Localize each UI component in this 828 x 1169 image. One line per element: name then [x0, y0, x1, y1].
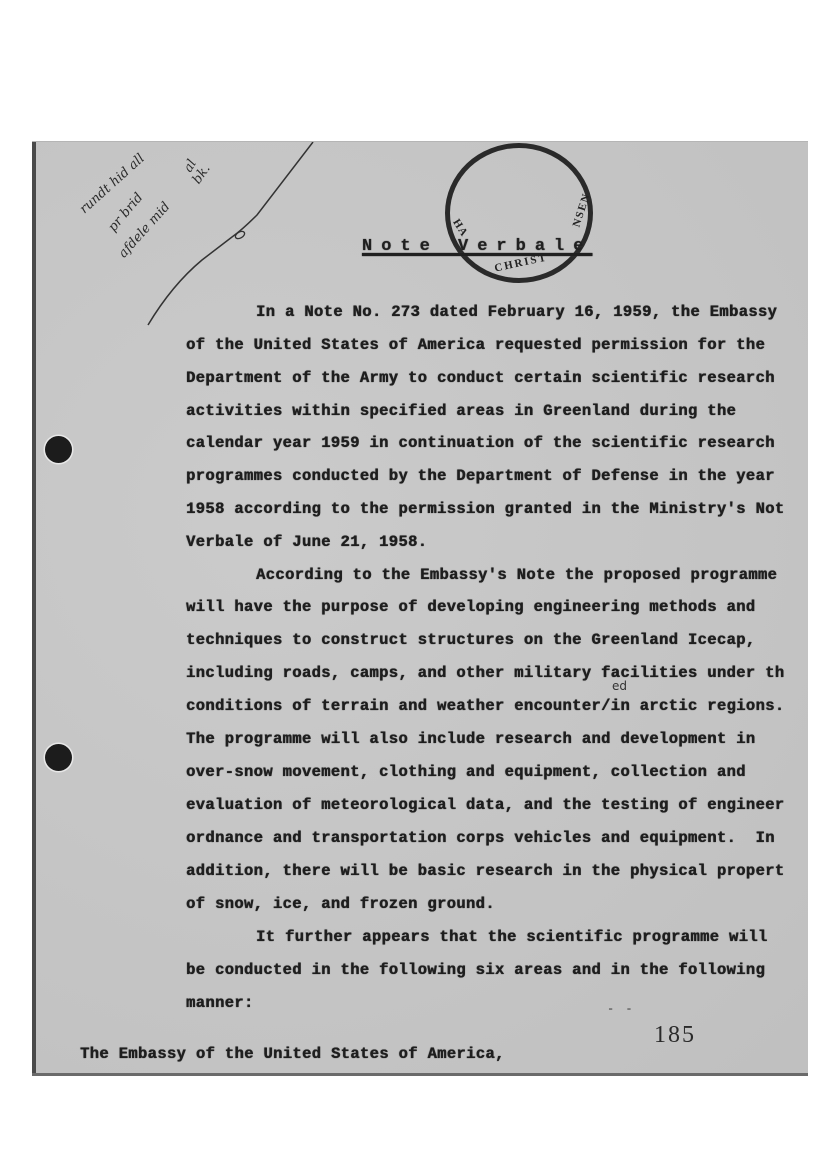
text-line: calendar year 1959 in continuation of th…: [186, 434, 775, 452]
text-line: Verbale of June 21, 1958.: [186, 533, 427, 551]
text-line: 1958 according to the permission granted…: [186, 500, 784, 518]
text-line: of the United States of America requeste…: [186, 336, 765, 354]
text-line: of snow, ice, and frozen ground.: [186, 895, 495, 913]
text-line: Department of the Army to conduct certai…: [186, 369, 775, 387]
text-line: will have the purpose of developing engi…: [186, 598, 755, 616]
page-number: 185: [654, 1022, 696, 1049]
text-line: evaluation of meteorological data, and t…: [186, 796, 784, 814]
text-line: In a Note No. 273 dated February 16, 195…: [256, 303, 777, 321]
text-line: addition, there will be basic research i…: [186, 862, 784, 880]
scanned-page: rundt hid all pr brid afdele mid al bk. …: [32, 141, 808, 1076]
text-line: It further appears that the scientific p…: [256, 928, 768, 946]
text-line: activities within specified areas in Gre…: [186, 402, 736, 420]
text-line: including roads, camps, and other milita…: [186, 664, 784, 682]
continuation-dashes: - -: [607, 1002, 635, 1016]
text-line: programmes conducted by the Department o…: [186, 467, 775, 485]
text-line: manner:: [186, 994, 254, 1012]
document-title: Note Verbale: [362, 237, 592, 256]
text-line: According to the Embassy's Note the prop…: [256, 566, 777, 584]
text-line: ordnance and transportation corps vehicl…: [186, 829, 775, 847]
correction-insert: ed: [612, 679, 627, 693]
text-line: over-snow movement, clothing and equipme…: [186, 763, 746, 781]
text-line: conditions of terrain and weather encoun…: [186, 697, 784, 715]
text-line: techniques to construct structures on th…: [186, 631, 755, 649]
text-line: be conducted in the following six areas …: [186, 961, 765, 979]
addressee: The Embassy of the United States of Amer…: [80, 1045, 505, 1063]
text-line: The programme will also include research…: [186, 730, 755, 748]
